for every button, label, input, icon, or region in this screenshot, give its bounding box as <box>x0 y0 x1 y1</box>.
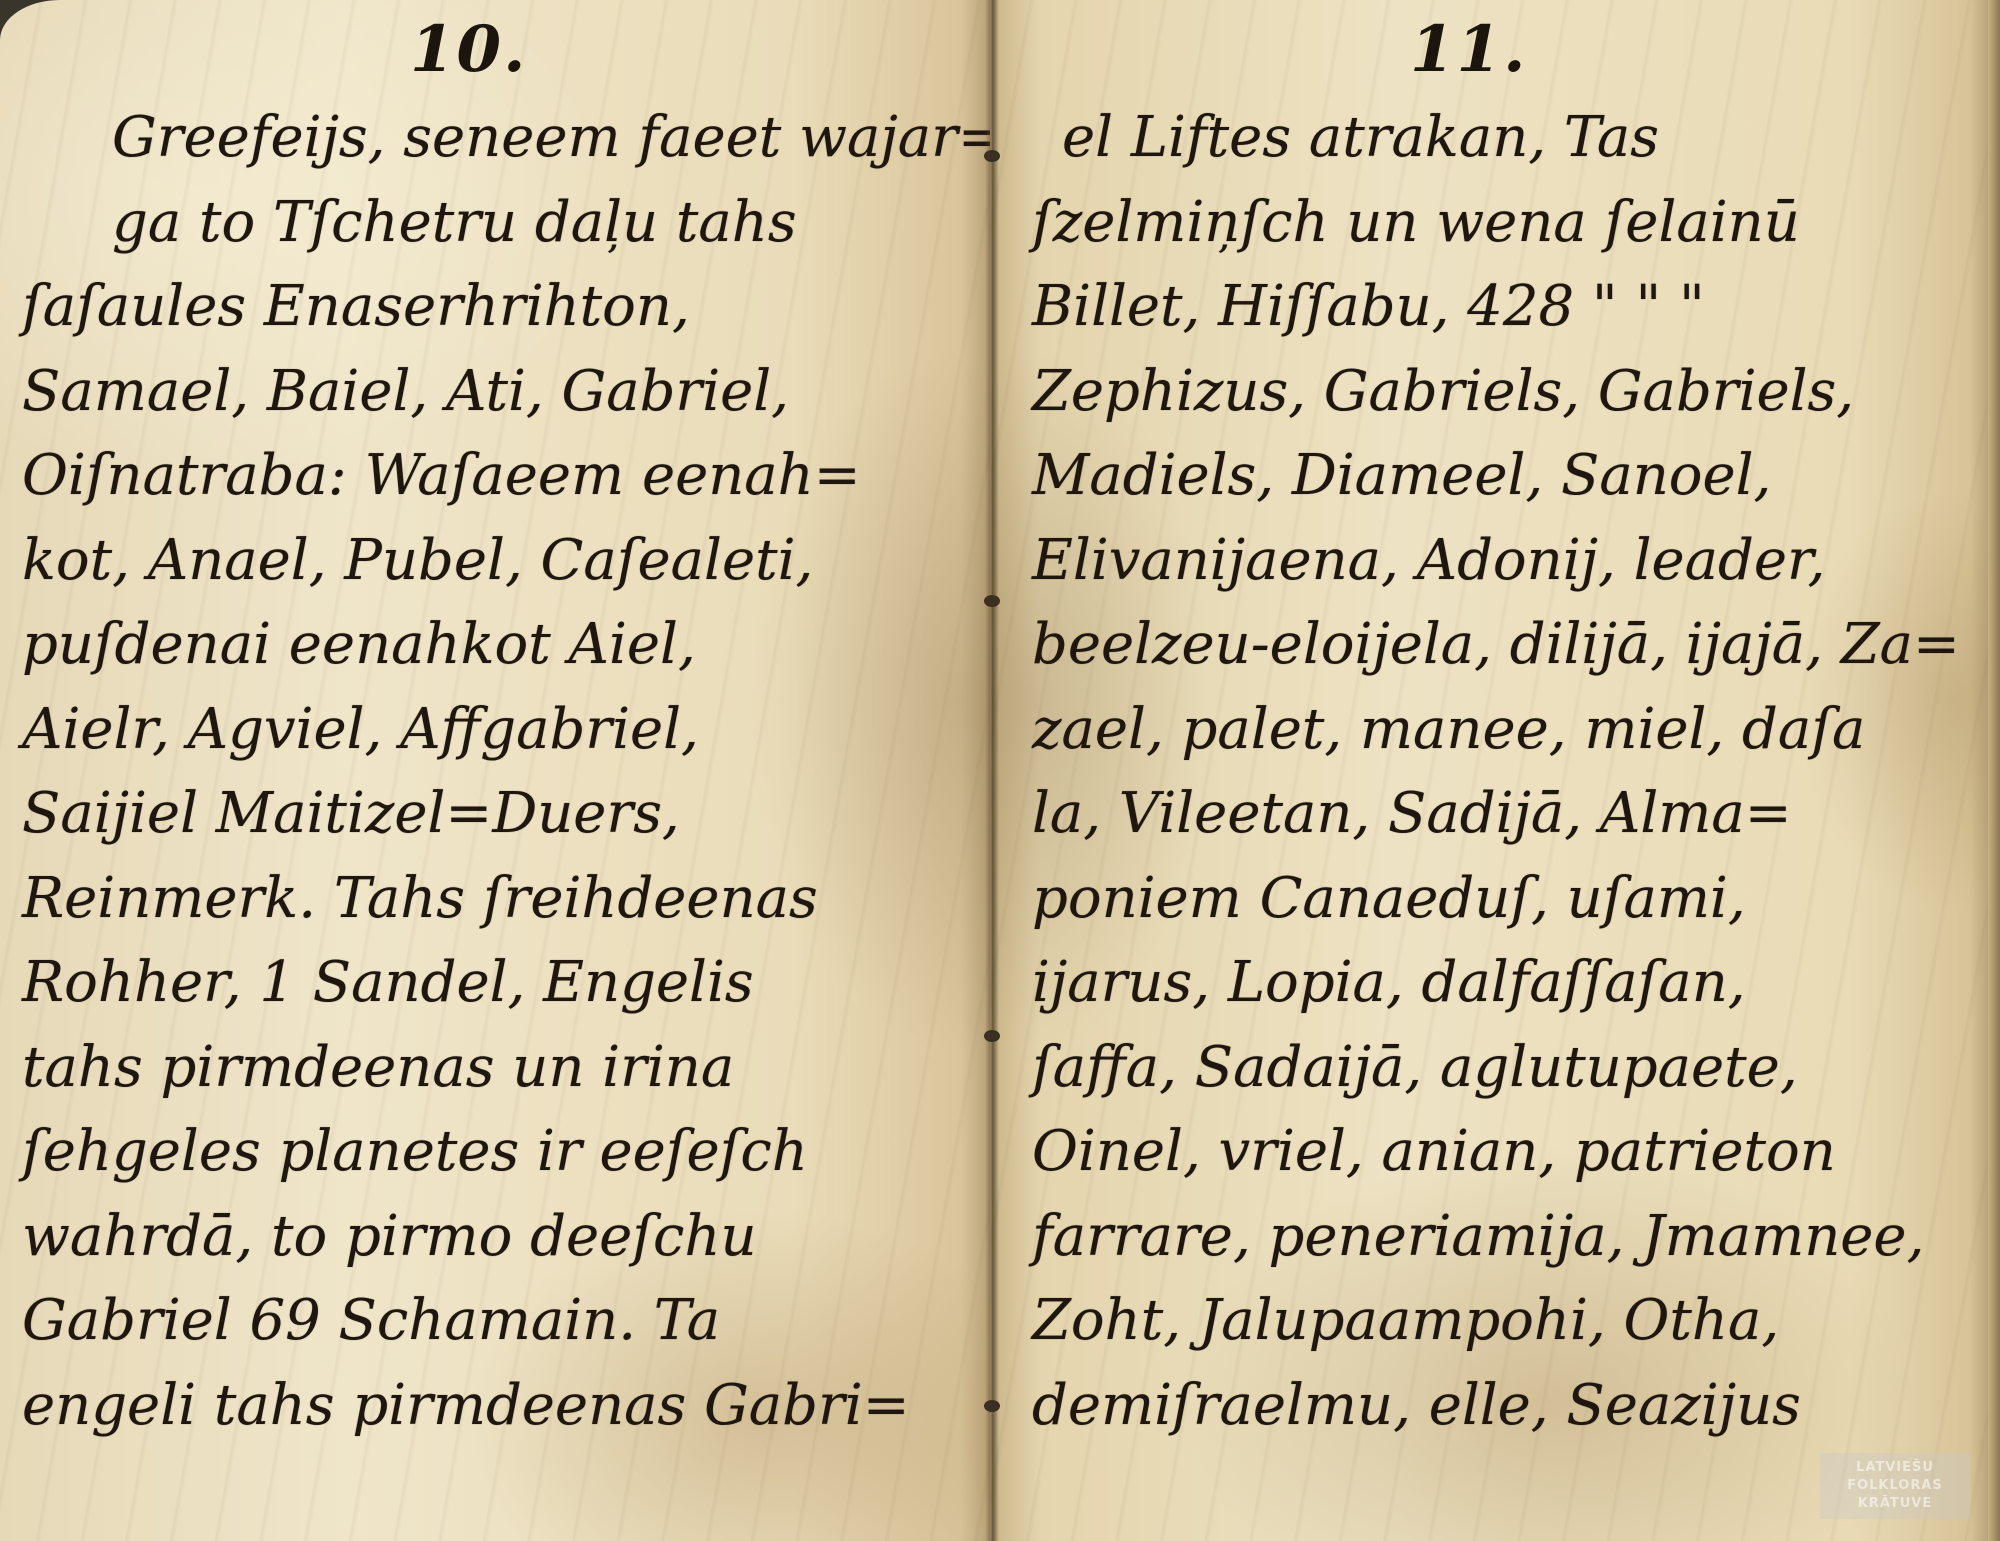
text-line: la, Vileetan, Sadijā, Alma= <box>1032 772 1960 857</box>
text-line: farrare, peneriamija, Jmamnee, <box>1032 1195 1960 1280</box>
page-number-right: 11. <box>1410 12 1527 87</box>
right-page-text: el Liftes atrakan, Tas ſzelmiņſch un wen… <box>1032 96 1960 1448</box>
text-line: Oiſnatraba: Waſaeem eenah= <box>22 434 990 519</box>
text-line: ijarus, Lopia, dalfaſſaſan, <box>1032 941 1960 1026</box>
watermark-line: KRĀTUVE <box>1820 1495 1970 1513</box>
text-line: Madiels, Diameel, Sanoel, <box>1032 434 1960 519</box>
text-line: el Liftes atrakan, Tas <box>1032 96 1960 181</box>
text-line: tahs pirmdeenas un irina <box>22 1026 990 1111</box>
text-line: engeli tahs pirmdeenas Gabri= <box>22 1364 990 1449</box>
binding-stitch <box>984 150 1000 162</box>
text-line: wahrdā, to pirmo deeſchu <box>22 1195 990 1280</box>
text-line: Gabriel 69 Schamain. Ta <box>22 1279 990 1364</box>
watermark-line: LATVIEŠU <box>1820 1459 1970 1477</box>
text-line: Samael, Baiel, Ati, Gabriel, <box>22 350 990 435</box>
text-line: Greefeijs, seneem faeet wajar= <box>22 96 990 181</box>
text-line: zael, palet, manee, miel, daſa <box>1032 688 1960 773</box>
text-line: Reinmerk. Tahs ſreihdeenas <box>22 857 990 942</box>
left-page-text: Greefeijs, seneem faeet wajar= ga to Tſc… <box>22 96 990 1448</box>
manuscript-spread: 10. Greefeijs, seneem faeet wajar= ga to… <box>0 0 2000 1541</box>
text-line: beelzeu-eloijela, dilijā, ijajā, Za= <box>1032 603 1960 688</box>
text-line: ſehgeles planetes ir eeſeſch <box>22 1110 990 1195</box>
text-line: Billet, Hiſſabu, 428 " " " <box>1032 265 1960 350</box>
text-line: ſzelmiņſch un wena ſelainū <box>1032 181 1960 266</box>
text-line: kot, Anael, Pubel, Caſealeti, <box>22 519 990 604</box>
text-line: Zephizus, Gabriels, Gabriels, <box>1032 350 1960 435</box>
text-line: ſaſaules Enaserhrihton, <box>22 265 990 350</box>
archive-watermark: LATVIEŠU FOLKLORAS KRĀTUVE <box>1820 1453 1970 1519</box>
right-page: 11. el Liftes atrakan, Tas ſzelmiņſch un… <box>990 0 2000 1541</box>
text-line: Elivanijaena, Adonij, leader, <box>1032 519 1960 604</box>
text-line: Rohher, 1 Sandel, Engelis <box>22 941 990 1026</box>
text-line: ſaffa, Sadaijā, aglutupaete, <box>1032 1026 1960 1111</box>
text-line: Oinel, vriel, anian, patrieton <box>1032 1110 1960 1195</box>
text-line: puſdenai eenahkot Aiel, <box>22 603 990 688</box>
book-spine <box>985 0 999 1541</box>
text-line: demiſraelmu, elle, Seazijus <box>1032 1364 1960 1449</box>
binding-stitch <box>984 1400 1000 1412</box>
page-edge <box>1988 0 2000 1541</box>
text-line: Saijiel Maitizel=Duers, <box>22 772 990 857</box>
watermark-line: FOLKLORAS <box>1820 1477 1970 1495</box>
page-number-left: 10. <box>410 12 527 87</box>
text-line: Aielr, Agviel, Affgabriel, <box>22 688 990 773</box>
text-line: poniem Canaeduſ, uſami, <box>1032 857 1960 942</box>
text-line: Zoht, Jalupaampohi, Otha, <box>1032 1279 1960 1364</box>
binding-stitch <box>984 1030 1000 1042</box>
text-line: ga to Tſchetru daļu tahs <box>22 181 990 266</box>
left-page: 10. Greefeijs, seneem faeet wajar= ga to… <box>0 0 990 1541</box>
binding-stitch <box>984 595 1000 607</box>
